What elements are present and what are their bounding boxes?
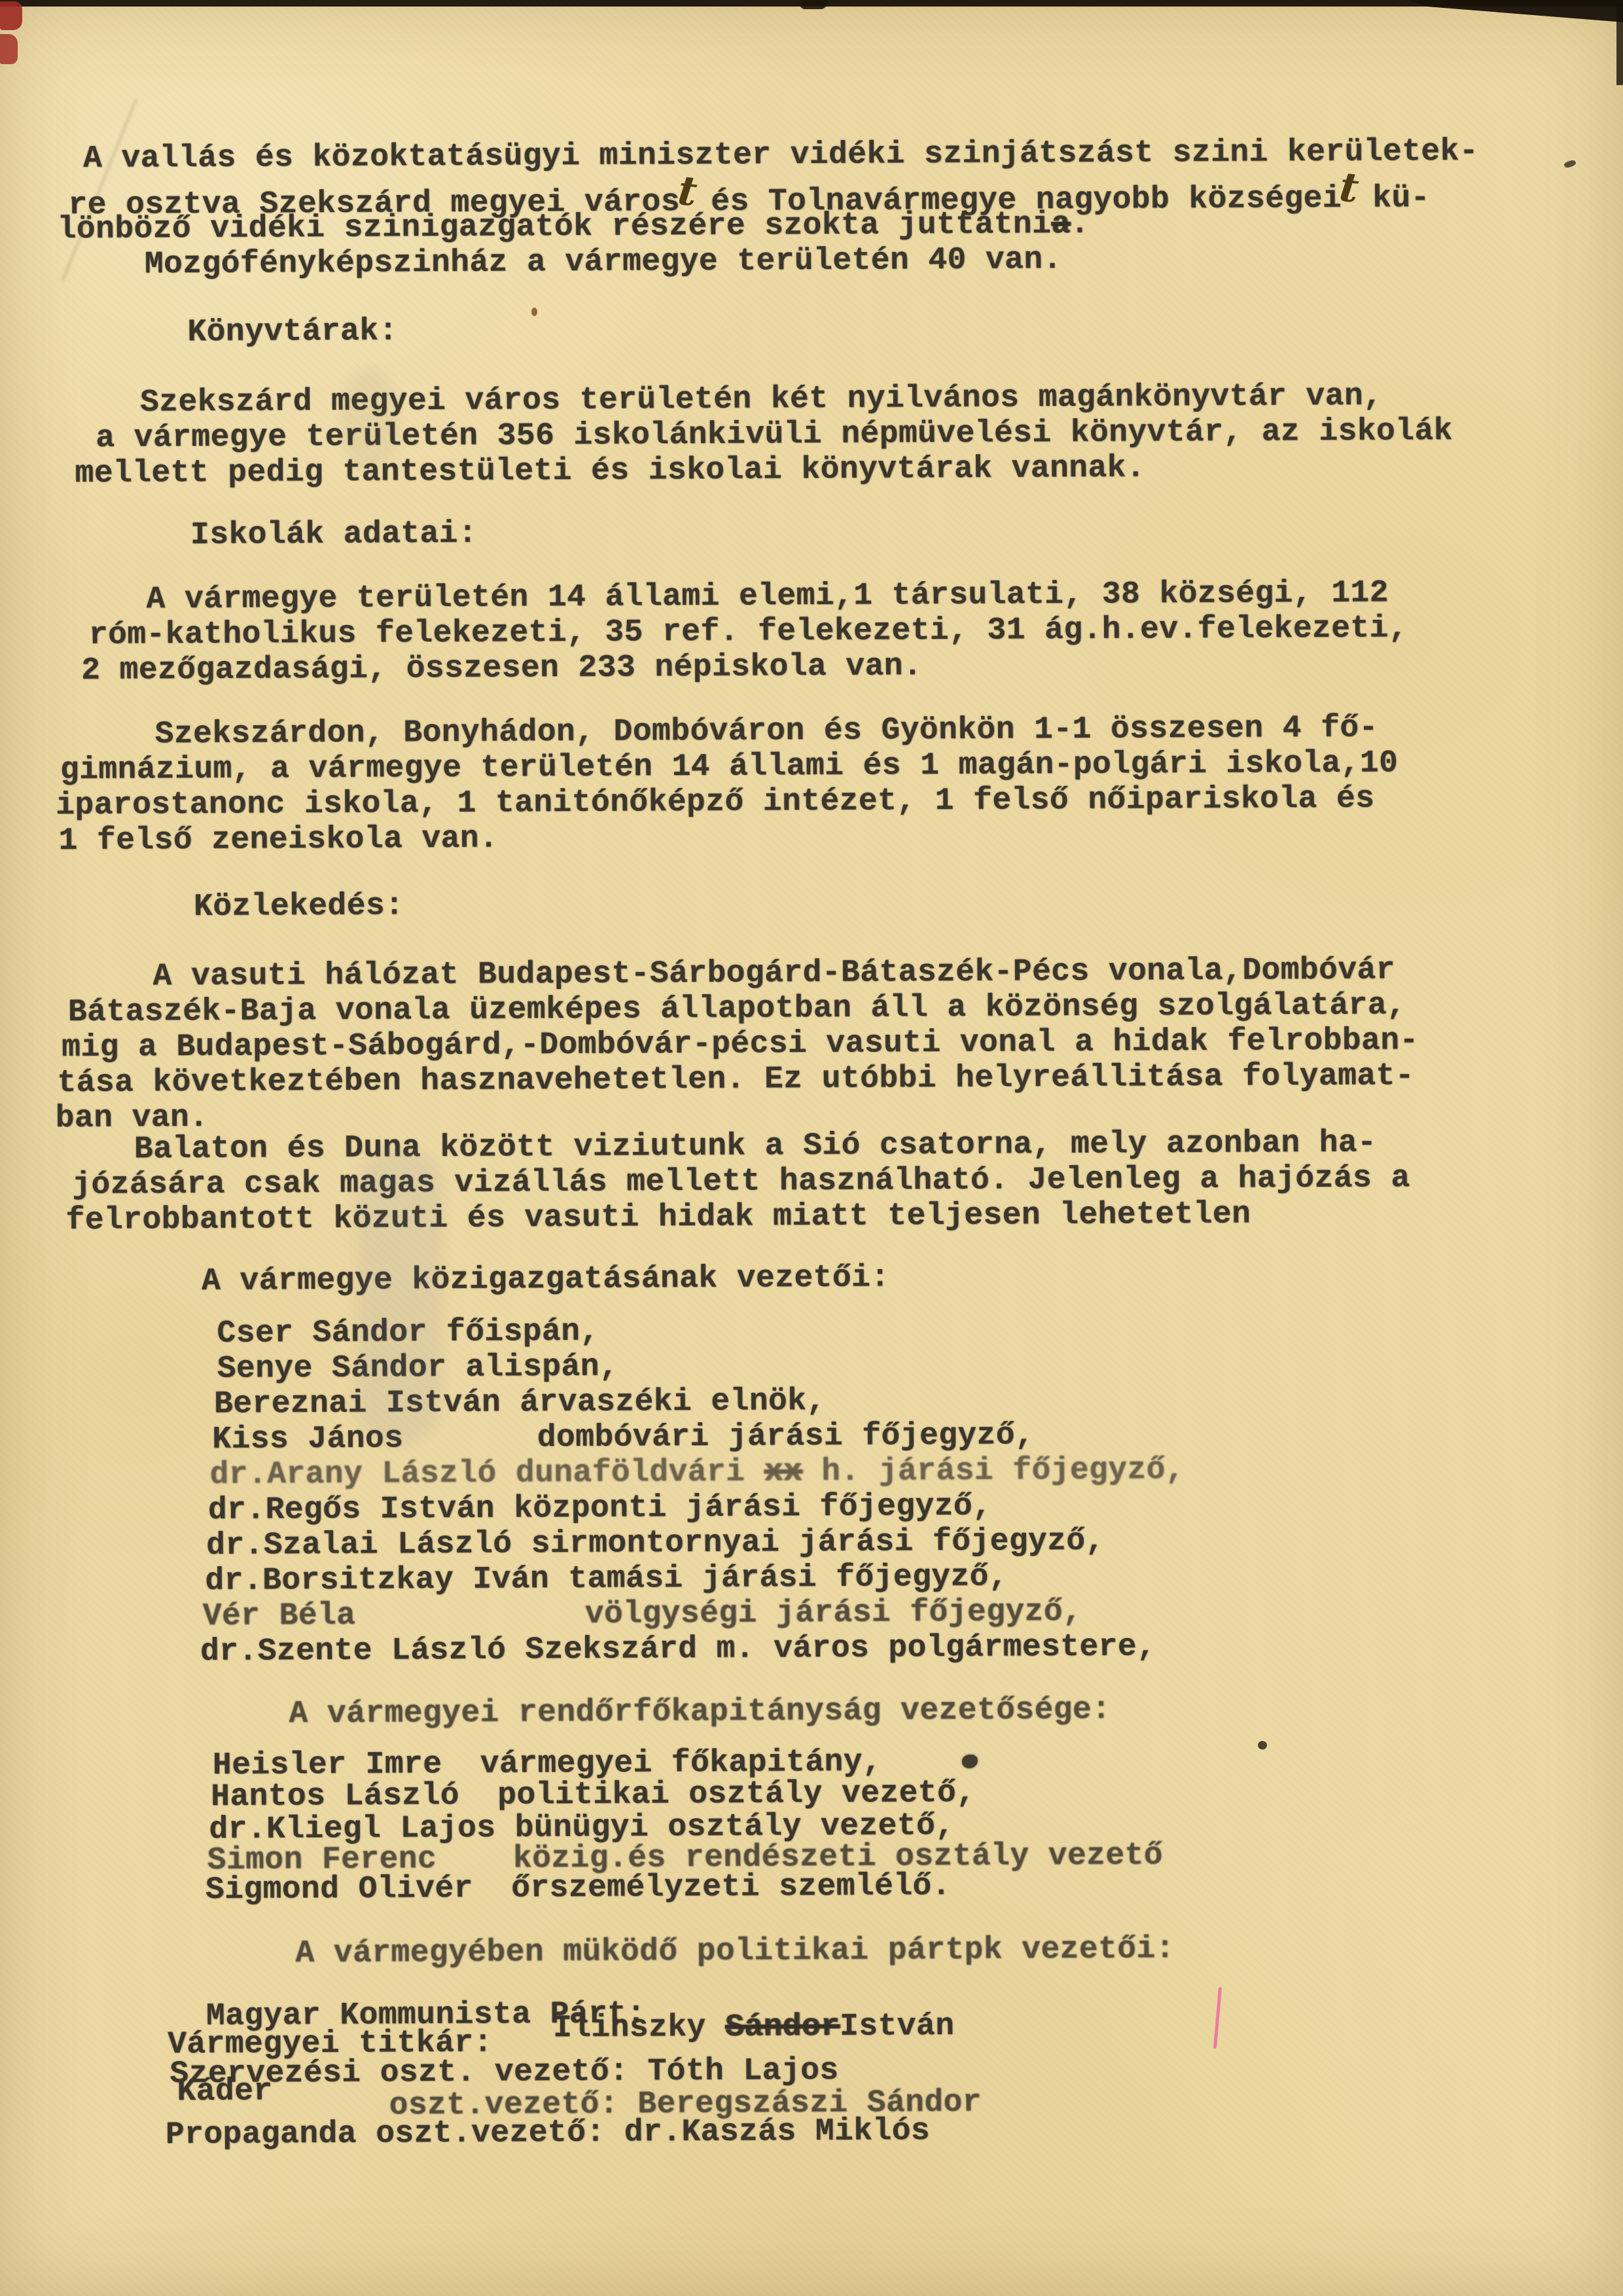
- para-railway-1: A vasuti hálózat Budapest-Sárbogárd-Báta…: [152, 954, 1395, 993]
- text-segment: Kiss János dombóvári járási főjegyző,: [212, 1418, 1034, 1458]
- text-segment: dr.Arany László dunaföldvári: [209, 1454, 764, 1492]
- typed-over-strikeout: Sándor: [725, 2009, 840, 2045]
- heading-iskolak-adatai: Iskolák adatai:: [190, 518, 477, 552]
- text-segment: h. járási főjegyző,: [802, 1452, 1185, 1490]
- para-gimnazium-4: 1 felső zeneiskola van.: [58, 823, 498, 858]
- text-segment: ban van.: [56, 1100, 209, 1136]
- para-railway-2: Bátaszék-Baja vonala üzemképes állapotba…: [68, 989, 1406, 1029]
- para-schools-2: róm-katholikus felekezeti, 35 ref. felek…: [89, 612, 1408, 652]
- smudge-stain-1: [357, 1149, 442, 1443]
- text-segment: A vármegye közigazgatásának vezetői:: [202, 1260, 890, 1299]
- official-10: dr.Szente László Szekszárd m. város polg…: [200, 1630, 1156, 1668]
- text-segment: 2 mezőgazdasági, összesen 233 népiskola …: [81, 649, 922, 689]
- top-edge-ink-blot: [800, 0, 827, 9]
- para-libraries-1: Szekszárd megyei város területén két nyi…: [140, 380, 1383, 419]
- official-4: Kiss János dombóvári járási főjegyző,: [212, 1419, 1034, 1456]
- official-9: Vér Béla völgységi járási főjegyző,: [203, 1596, 1082, 1633]
- official-3: Bereznai István árvaszéki elnök,: [214, 1385, 826, 1421]
- text-segment: Sigmond Olivér őrszemélyzeti szemlélő.: [205, 1869, 951, 1908]
- text-segment: A vármegyében müködő politikai pártpk ve…: [295, 1931, 1175, 1971]
- paper-speck: [531, 308, 537, 316]
- text-segment: A vasuti hálózat Budapest-Sárbogárd-Báta…: [152, 952, 1395, 994]
- red-pencil-mark-2: [0, 34, 18, 64]
- heading-konyvtarak: Könyvtárak:: [187, 315, 398, 349]
- text-segment: Könyvtárak:: [187, 314, 398, 350]
- heading-kozigazgatas: A vármegye közigazgatásának vezetői:: [202, 1261, 890, 1298]
- text-segment: kü-: [1353, 181, 1430, 217]
- para-libraries-3: mellett pedig tantestületi és iskolai kö…: [75, 452, 1145, 490]
- smudge-stain-2: [340, 367, 399, 471]
- para-railway-3: mig a Budapest-Sábogárd,-Dombóvár-pécsi …: [62, 1024, 1419, 1064]
- para-schools-3: 2 mezőgazdasági, összesen 233 népiskola …: [81, 650, 922, 687]
- official-7: dr.Szalai László sirmontornyai járási fő…: [206, 1525, 1105, 1563]
- text-segment: a vármegye területén 356 iskolánkivüli n…: [96, 414, 1453, 456]
- text-segment: dr.Regős István központi járási főjegyző…: [208, 1489, 992, 1528]
- mkp-propaganda: Propaganda oszt.vezető: dr.Kaszás Miklós: [166, 2115, 930, 2152]
- text-segment: Vér Béla völgységi járási főjegyző,: [203, 1594, 1082, 1634]
- text-segment: mellett pedig tantestületi és iskolai kö…: [75, 450, 1145, 492]
- text-segment: Bereznai István árvaszéki elnök,: [214, 1384, 826, 1422]
- text-segment: felrobbantott közuti és vasuti hidak mia…: [65, 1196, 1251, 1238]
- official-6: dr.Regős István központi járási főjegyző…: [208, 1490, 992, 1528]
- text-segment: Közlekedés:: [194, 888, 404, 925]
- heading-rendorfokapitanysag: A vármegyei rendőrfőkapitányság vezetősé…: [289, 1694, 1111, 1731]
- text-segment: Mozgófényképszinház a vármegye területén…: [145, 242, 1062, 282]
- para-gimnazium-3: iparostanonc iskola, 1 tanitónőképző int…: [56, 782, 1374, 822]
- line-cinema: Mozgófényképszinház a vármegye területén…: [145, 243, 1062, 281]
- text-segment: Káder: [177, 2073, 272, 2109]
- text-segment: dr.Szalai László sirmontornyai járási fő…: [206, 1524, 1105, 1564]
- para-waterway-2: józására csak magas vizállás mellett has…: [72, 1162, 1410, 1202]
- typed-over-strikeout: a: [1051, 207, 1071, 242]
- text-segment: Balaton és Duna között viziutunk a Sió c…: [134, 1125, 1377, 1167]
- text-segment: Iskolák adatai:: [190, 516, 477, 553]
- text-segment: Propaganda oszt.vezető: dr.Kaszás Miklós: [166, 2113, 930, 2153]
- red-pencil-mark-1: [0, 1, 22, 30]
- text-segment: róm-katholikus felekezeti, 35 ref. felek…: [89, 611, 1408, 653]
- text-segment: dr.Borsitzkay Iván tamási járási főjegyz…: [205, 1559, 1008, 1598]
- para-railway-4: tása következtében hasznavehetetlen. Ez …: [57, 1060, 1414, 1100]
- para-schools-1: A vármegye területén 14 állami elemi,1 t…: [146, 577, 1389, 616]
- para-waterway-3: felrobbantott közuti és vasuti hidak mia…: [65, 1198, 1251, 1237]
- mkp-titkar-name: Ilinszky SándorIstván: [553, 2010, 955, 2045]
- text-segment: István: [840, 2009, 955, 2045]
- para-gimnazium-2: gimnázium, a vármegye területén 14 állam…: [60, 747, 1399, 787]
- ink-dot: [1258, 1741, 1267, 1749]
- para-gimnazium-1: Szekszárdon, Bonyhádon, Dombóváron és Gy…: [155, 711, 1378, 751]
- typewritten-text: A vallás és közoktatásügyi miniszter vid…: [0, 0, 1623, 2296]
- official-8: dr.Borsitzkay Iván tamási járási főjegyz…: [205, 1560, 1008, 1598]
- text-segment: tása következtében hasznavehetetlen. Ez …: [57, 1058, 1414, 1101]
- police-5: Sigmond Olivér őrszemélyzeti szemlélő.: [205, 1870, 951, 1907]
- text-segment: Ilinszky: [553, 2010, 725, 2046]
- mkp-kader-label: Káder: [177, 2075, 272, 2108]
- para-theatre-1: A vallás és közoktatásügyi miniszter vid…: [83, 135, 1478, 176]
- heading-kozlekedes: Közlekedés:: [194, 889, 404, 924]
- text-segment: A vármegye területén 14 állami elemi,1 t…: [146, 575, 1389, 617]
- ink-blot-icon: [962, 1754, 978, 1768]
- text-segment: dr.Szente László Szekszárd m. város polg…: [200, 1629, 1156, 1670]
- heading-politikai-partok: A vármegyében müködő politikai pártpk ve…: [295, 1933, 1175, 1970]
- para-railway-5: ban van.: [56, 1102, 209, 1136]
- text-segment: 1 felső zeneiskola van.: [58, 821, 498, 859]
- text-segment: .: [1070, 207, 1090, 242]
- text-segment: lönböző vidéki szinigazgatók részére szo…: [57, 207, 1051, 247]
- text-segment: A vármegyei rendőrfőkapitányság vezetősé…: [289, 1693, 1111, 1732]
- text-segment: iparostanonc iskola, 1 tanitónőképző int…: [56, 781, 1374, 823]
- typed-over-strikeout: xx: [764, 1454, 802, 1490]
- text-segment: A vallás és közoktatásügyi miniszter vid…: [83, 134, 1478, 177]
- text-segment: Szekszárd megyei város területén két nyi…: [140, 378, 1383, 420]
- para-libraries-2: a vármegye területén 356 iskolánkivüli n…: [96, 415, 1453, 455]
- para-waterway-1: Balaton és Duna között viziutunk a Sió c…: [134, 1126, 1377, 1166]
- scan-edge-right-sliver: [1616, 0, 1623, 85]
- official-5: dr.Arany László dunaföldvári xx h. járás…: [209, 1454, 1185, 1492]
- document-page: A vallás és közoktatásügyi miniszter vid…: [0, 0, 1623, 2296]
- text-segment: Szekszárdon, Bonyhádon, Dombóváron és Gy…: [155, 710, 1378, 752]
- para-theatre-3: lönböző vidéki szinigazgatók részére szo…: [58, 208, 1090, 247]
